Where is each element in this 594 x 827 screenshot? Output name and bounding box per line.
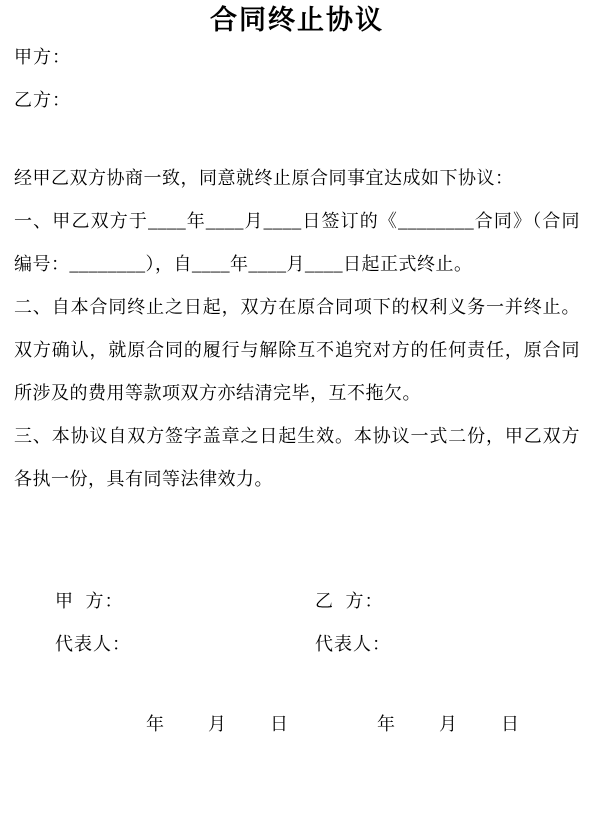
contract-page: 合同终止协议 甲方： 乙方： 经甲乙双方协商一致，同意就终止原合同事宜达成如下协…: [0, 0, 594, 827]
intro-paragraph: 经甲乙双方协商一致，同意就终止原合同事宜达成如下协议：: [14, 157, 580, 200]
month-label-a: 月: [208, 703, 226, 746]
agreement-body: 经甲乙双方协商一致，同意就终止原合同事宜达成如下协议： 一、甲乙双方于____年…: [14, 157, 580, 501]
representative-a-label: 代表人：: [55, 623, 315, 666]
party-a-label: 甲方：: [14, 47, 71, 67]
party-b-label: 乙方：: [14, 90, 71, 110]
representative-row: 代表人： 代表人：: [14, 623, 580, 666]
year-label-b: 年: [377, 703, 395, 746]
year-label-a: 年: [146, 703, 164, 746]
day-label-b: 日: [501, 703, 519, 746]
month-label-b: 月: [439, 703, 457, 746]
date-line-b-wrap: 年 月 日: [315, 703, 580, 746]
party-b-line: 乙方：: [14, 79, 580, 122]
clause-2-paragraph: 二、自本合同终止之日起，双方在原合同项下的权利义务一并终止。双方确认，就原合同的…: [14, 286, 580, 415]
day-label-a: 日: [270, 703, 288, 746]
clause-3-paragraph: 三、本协议自双方签字盖章之日起生效。本协议一式二份，甲乙双方各执一份，具有同等法…: [14, 415, 580, 501]
signature-party-a-label: 甲 方：: [55, 580, 315, 623]
clause-1-paragraph: 一、甲乙双方于____年____月____日签订的《________合同》（合同…: [14, 200, 580, 286]
representative-b-label: 代表人：: [315, 623, 580, 666]
date-line-a: 年 月 日: [146, 703, 288, 746]
signature-party-row: 甲 方： 乙 方：: [14, 580, 580, 623]
signature-party-b-label: 乙 方：: [315, 580, 580, 623]
signature-section: 甲 方： 乙 方： 代表人： 代表人： 年 月 日 年 月 日: [14, 580, 580, 746]
date-row: 年 月 日 年 月 日: [14, 703, 580, 746]
party-a-line: 甲方：: [14, 36, 580, 79]
document-title: 合同终止协议: [14, 4, 580, 36]
date-line-b: 年 月 日: [377, 703, 519, 746]
date-line-a-wrap: 年 月 日: [55, 703, 315, 746]
